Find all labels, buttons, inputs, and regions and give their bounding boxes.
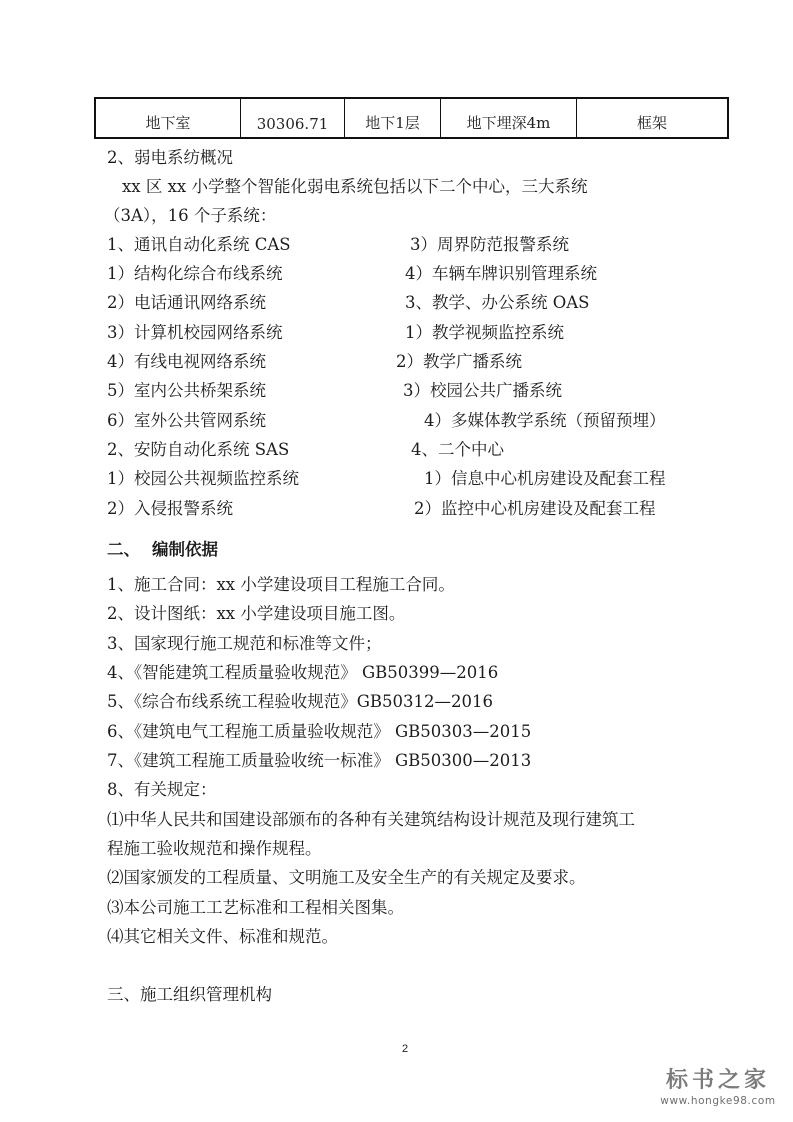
table-cell-floors: 地下1层 <box>345 99 441 137</box>
list-item: 8、有关规定： <box>107 780 217 800</box>
list-item: 2）入侵报警系统 <box>107 499 233 519</box>
table-cell-depth: 地下埋深4m <box>441 99 577 137</box>
list-item: 4）多媒体教学系统（预留预埋） <box>424 411 666 431</box>
list-item: 1）信息中心机房建设及配套工程 <box>424 469 666 489</box>
table-cell-structure: 框架 <box>577 99 727 137</box>
list-item: 1）教学视频监控系统 <box>405 323 564 343</box>
list-item: ⑵国家颁发的工程质量、文明施工及安全生产的有关规定及要求。 <box>107 868 586 888</box>
list-item: 2、设计图纸：xx 小学建设项目施工图。 <box>107 604 405 624</box>
list-item: 3）校园公共广播系统 <box>403 381 562 401</box>
page-number: 2 <box>402 1043 408 1055</box>
list-item: 2、安防自动化系统 SAS <box>107 440 289 460</box>
list-item: 3）计算机校园网络系统 <box>107 323 283 343</box>
watermark-url: www.hongke98.com <box>648 1094 788 1108</box>
list-item: 2）电话通讯网络系统 <box>107 293 266 313</box>
list-item: 1、施工合同：xx 小学建设项目工程施工合同。 <box>107 575 455 595</box>
list-item: 5）室内公共桥架系统 <box>107 381 266 401</box>
watermark-logo: 标书之家 www.hongke98.com <box>648 1068 788 1108</box>
list-item: 4）车辆车牌识别管理系统 <box>405 264 597 284</box>
document-page: 地下室 30306.71 地下1层 地下埋深4m 框架 2、弱电系纺概况 xx … <box>0 0 793 1122</box>
intro-text-line1: xx 区 xx 小学整个智能化弱电系统包括以下二个中心，三大系统 <box>122 177 587 197</box>
list-item: 1）校园公共视频监控系统 <box>107 469 299 489</box>
section-number-basis: 二、 <box>107 540 140 560</box>
list-item: 7、《建筑工程施工质量验收统一标准》 GB50300—2013 <box>107 751 531 771</box>
list-item: 3）周界防范报警系统 <box>410 235 569 255</box>
table-cell-area: 30306.71 <box>241 99 345 137</box>
watermark-title: 标书之家 <box>648 1068 788 1094</box>
section-title-basis: 编制依据 <box>152 540 218 560</box>
list-item: 程施工验收规范和操作规程。 <box>107 839 322 859</box>
section-title-organization: 三、施工组织管理机构 <box>107 985 272 1005</box>
list-item: ⑷其它相关文件、标准和规范。 <box>107 927 338 947</box>
list-item: 4）有线电视网络系统 <box>107 352 266 372</box>
list-item: 1、通讯自动化系统 CAS <box>107 235 291 255</box>
building-info-table: 地下室 30306.71 地下1层 地下埋深4m 框架 <box>94 97 729 139</box>
list-item: 5、《综合布线系统工程验收规范》GB50312—2016 <box>107 692 493 712</box>
list-item: ⑴中华人民共和国建设部颁布的各种有关建筑结构设计规范及现行建筑工 <box>107 810 635 830</box>
list-item: ⑶本公司施工工艺标准和工程相关图集。 <box>107 898 404 918</box>
list-item: 2）教学广播系统 <box>396 352 522 372</box>
table-cell-location: 地下室 <box>96 99 241 137</box>
intro-text-line2: （3A），16 个子系统： <box>104 206 276 226</box>
list-item: 6、《建筑电气工程施工质量验收规范》 GB50303—2015 <box>107 722 531 742</box>
list-item: 6）室外公共管网系统 <box>107 411 266 431</box>
list-item: 1）结构化综合布线系统 <box>107 264 283 284</box>
list-item: 4、二个中心 <box>411 440 504 460</box>
list-item: 4、《智能建筑工程质量验收规范》 GB50399—2016 <box>107 663 498 683</box>
list-item: 2）监控中心机房建设及配套工程 <box>414 499 656 519</box>
section-title-weak-current: 2、弱电系纺概况 <box>107 148 233 168</box>
list-item: 3、教学、办公系统 OAS <box>405 293 590 313</box>
list-item: 3、国家现行施工规范和标准等文件； <box>107 634 382 654</box>
